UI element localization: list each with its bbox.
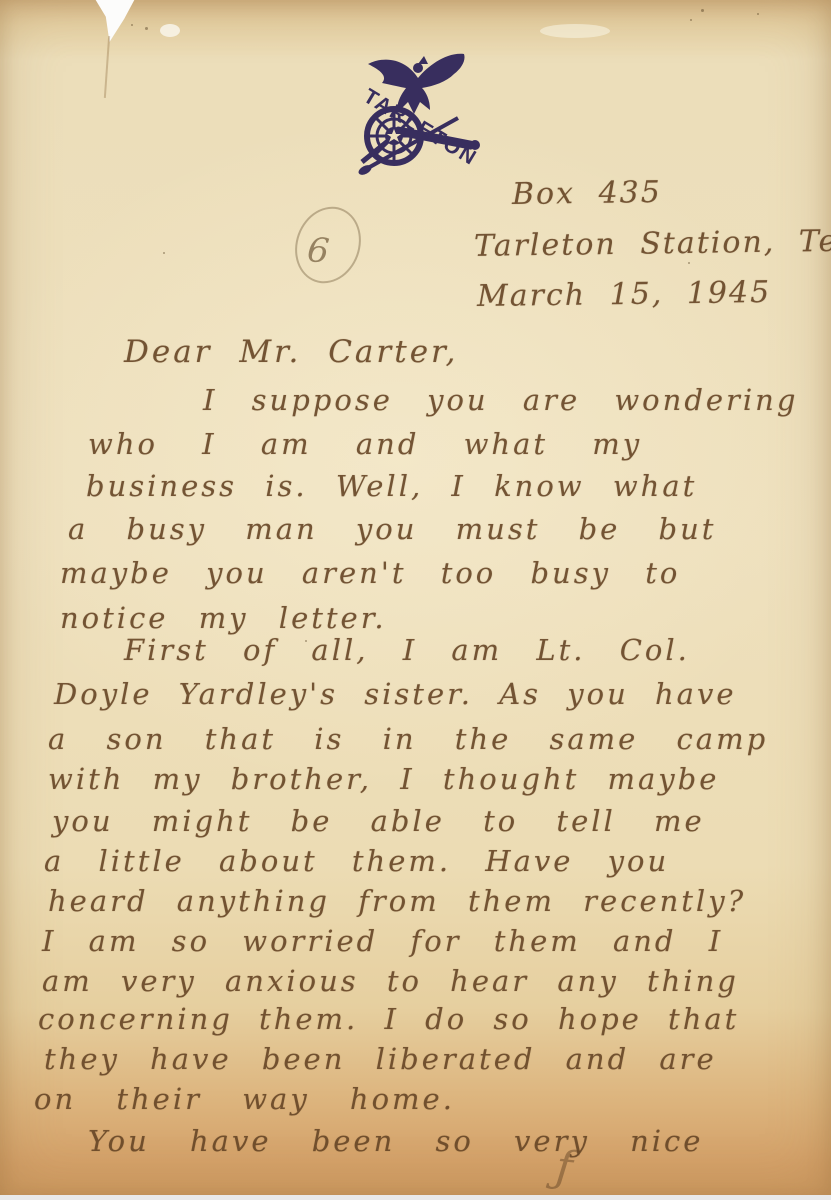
letter-line: I suppose you are wondering <box>203 383 798 417</box>
letter-line: you might be able to tell me <box>52 804 705 838</box>
paper-speck <box>688 262 690 264</box>
letter-line: a busy man you must be but <box>68 512 716 546</box>
paper-speck <box>163 252 165 254</box>
paper-speck <box>145 27 148 30</box>
letter-line: with my brother, I thought maybe <box>48 762 719 796</box>
letter-line: heard anything from them recently? <box>48 884 746 918</box>
heading-line-box-number: Box 435 <box>512 175 662 212</box>
paper-speck <box>131 24 133 26</box>
letter-line: Doyle Yardley's sister. As you have <box>54 677 737 711</box>
letter-line: concerning them. I do so hope that <box>38 1002 739 1036</box>
paper-speck <box>757 13 759 15</box>
paper-speck <box>690 19 692 21</box>
salutation: Dear Mr. Carter, <box>124 334 458 370</box>
letter-line: they have been liberated and are <box>44 1042 717 1076</box>
paper-smudge <box>540 24 610 38</box>
paper-tear-top <box>92 0 138 42</box>
letter-line: You have been so very nice <box>88 1124 703 1158</box>
letter-line: First of all, I am Lt. Col. <box>124 633 690 667</box>
scanned-letter-page: TARLETON 6 Box 435 Tarleton Station, Tex… <box>0 0 831 1200</box>
tarleton-letterhead-emblem: TARLETON <box>338 44 488 176</box>
letter-line: on their way home. <box>34 1082 455 1116</box>
letter-line: notice my letter. <box>60 601 387 635</box>
paper-chip <box>160 24 180 37</box>
paper-crease <box>104 36 110 98</box>
heading-line-station: Tarleton Station, Texas <box>474 223 831 264</box>
letter-line: maybe you aren't too busy to <box>60 556 680 590</box>
letter-line: I am so worried for them and I <box>42 924 723 958</box>
heading-line-date: March 15, 1945 <box>477 275 772 314</box>
page-number-annotation: 6 <box>285 197 372 292</box>
paper-speck <box>701 9 704 12</box>
page-number-text: 6 <box>305 230 331 272</box>
scanner-edge <box>0 1195 831 1200</box>
letter-line: a son that is in the same camp <box>48 722 768 756</box>
letter-line: am very anxious to hear any thing <box>42 964 739 998</box>
letter-line: who I am and what my <box>88 427 642 461</box>
letter-line: business is. Well, I know what <box>86 469 697 503</box>
letter-line: a little about them. Have you <box>44 844 669 878</box>
